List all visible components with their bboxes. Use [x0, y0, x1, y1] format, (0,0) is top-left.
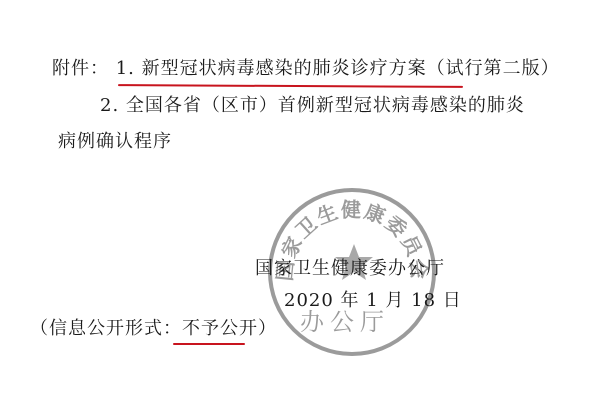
disclosure-close: ） — [258, 318, 277, 339]
disclosure-underline — [173, 343, 245, 345]
attachment-item-2-continued: 病例确认程序 — [58, 131, 172, 153]
item-2-number: 2. — [100, 95, 119, 116]
item-1-underline — [118, 84, 463, 88]
item-2-text-line2: 病例确认程序 — [58, 131, 172, 152]
issuer-name: 国家卫生健康委办公厅 — [255, 254, 445, 280]
attachment-item-1: 附件： 1. 新型冠状病毒感染的肺炎诊疗方案（试行第二版） — [52, 58, 560, 80]
disclosure-label: （信息公开形式： — [30, 318, 182, 339]
item-1-number: 1. — [116, 58, 135, 79]
item-2-text-line1: 全国各省（区市）首例新型冠状病毒感染的肺炎 — [126, 95, 525, 116]
disclosure-line: （信息公开形式：不予公开） — [30, 318, 277, 340]
item-1-text: 新型冠状病毒感染的肺炎诊疗方案（试行第二版） — [142, 58, 560, 79]
issue-date: 2020 年 1 月 18 日 — [284, 286, 462, 312]
disclosure-value: 不予公开 — [182, 318, 258, 339]
attachments-label: 附件： — [52, 58, 109, 79]
attachment-item-2: 2. 全国各省（区市）首例新型冠状病毒感染的肺炎 — [100, 95, 525, 117]
